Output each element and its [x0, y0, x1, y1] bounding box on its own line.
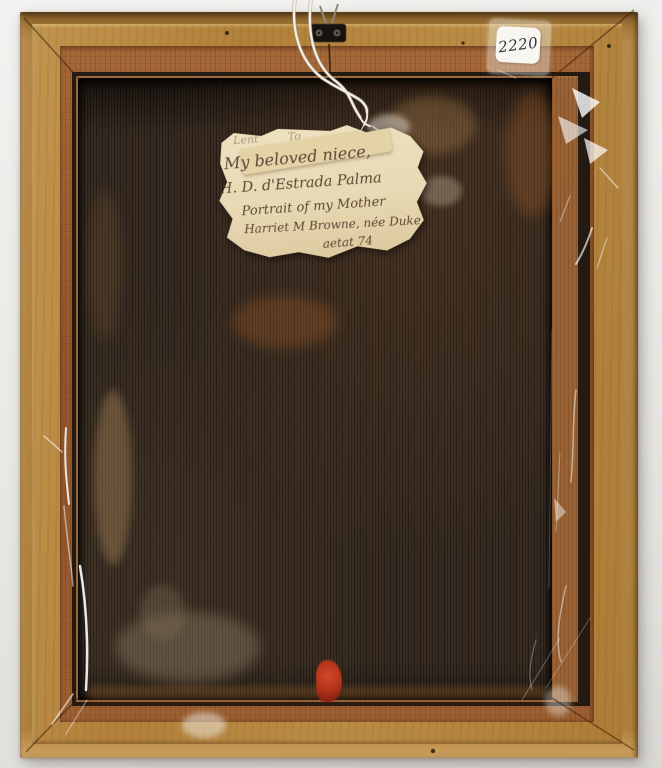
- handwritten-label: Lent To My beloved niece, H. D. d'Estrad…: [215, 122, 429, 261]
- inventory-tag: 2220: [487, 18, 552, 75]
- tag-number: 2220: [497, 34, 539, 57]
- label-paper: Lent To My beloved niece, H. D. d'Estrad…: [215, 122, 429, 261]
- label-line-name: H. D. d'Estrada Palma: [219, 171, 382, 197]
- label-line-title: Portrait of my Mother: [241, 195, 386, 218]
- label-line-age: aetat 74: [322, 234, 373, 249]
- tag-card: 2220: [495, 26, 541, 64]
- picture-frame: [20, 12, 638, 758]
- photo-frame-verso: Lent To My beloved niece, H. D. d'Estrad…: [0, 0, 662, 768]
